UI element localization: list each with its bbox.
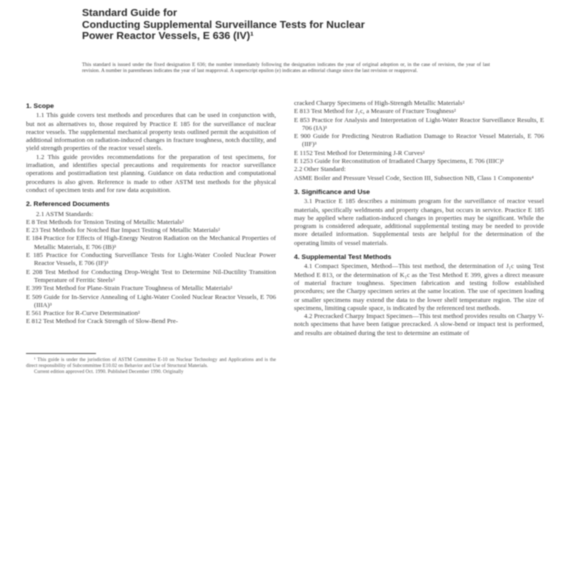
paragraph: 1.2 This guide provides recommendations …: [26, 154, 276, 195]
reference-item: E 184 Practice for Effects of High-Energ…: [26, 235, 276, 252]
reference-item: E 561 Practice for R-Curve Determination…: [26, 310, 276, 318]
reference-item: E 813 Test Method for J₁c, a Measure of …: [294, 108, 544, 116]
paragraph: 4.1 Compact Specimen, Method—This test m…: [294, 263, 544, 313]
footnote: Current edition approved Oct. 1990. Publ…: [26, 370, 276, 376]
reference-item: E 185 Practice for Conducting Surveillan…: [26, 252, 276, 269]
reference-item: E 23 Test Methods for Notched Bar Impact…: [26, 227, 276, 235]
title-line-3: Power Reactor Vessels, E 636 (IV)¹: [82, 31, 502, 43]
paragraph: 4.2 Precracked Charpy Impact Specimen—Th…: [294, 313, 544, 338]
subheading: 2.2 Other Standard:: [294, 166, 544, 174]
reference-item: cracked Charpy Specimens of High-Strengt…: [294, 100, 544, 108]
reference-item: E 900 Guide for Predicting Neutron Radia…: [294, 133, 544, 150]
title-line-1: Standard Guide for: [82, 8, 502, 20]
document-title: Standard Guide for Conducting Supplement…: [82, 8, 502, 43]
reference-item: E 1152 Test Method for Determining J-R C…: [294, 150, 544, 158]
reference-item: E 8 Test Methods for Tension Testing of …: [26, 219, 276, 227]
left-column: 1. Scope 1.1 This guide covers test meth…: [26, 100, 276, 376]
section-heading-supplemental-tests: 4. Supplemental Test Methods: [294, 254, 544, 262]
section-heading-scope: 1. Scope: [26, 103, 276, 111]
reference-item: E 509 Guide for In-Service Annealing of …: [26, 294, 276, 311]
section-heading-referenced-documents: 2. Referenced Documents: [26, 201, 276, 209]
footnote: ¹ This guide is under the jurisdiction o…: [26, 358, 276, 370]
right-column: cracked Charpy Specimens of High-Strengt…: [294, 100, 544, 338]
reference-item: E 399 Test Method for Plane-Strain Fract…: [26, 285, 276, 293]
section-heading-significance: 3. Significance and Use: [294, 189, 544, 197]
reference-item: E 1253 Guide for Reconstitution of Irrad…: [294, 158, 544, 166]
reference-item: E 812 Test Method for Crack Strength of …: [26, 318, 276, 326]
paragraph: 3.1 Practice E 185 describes a minimum p…: [294, 198, 544, 248]
subheading: 2.1 ASTM Standards:: [26, 211, 276, 219]
reference-item: E 853 Practice for Analysis and Interpre…: [294, 117, 544, 134]
reference-item: ASME Boiler and Pressure Vessel Code, Se…: [294, 175, 544, 183]
reference-item: E 208 Test Method for Conducting Drop-We…: [26, 269, 276, 286]
paragraph: 1.1 This guide covers test methods and p…: [26, 112, 276, 153]
abstract: This standard is issued under the fixed …: [82, 62, 490, 75]
footnote-divider: [26, 353, 96, 354]
